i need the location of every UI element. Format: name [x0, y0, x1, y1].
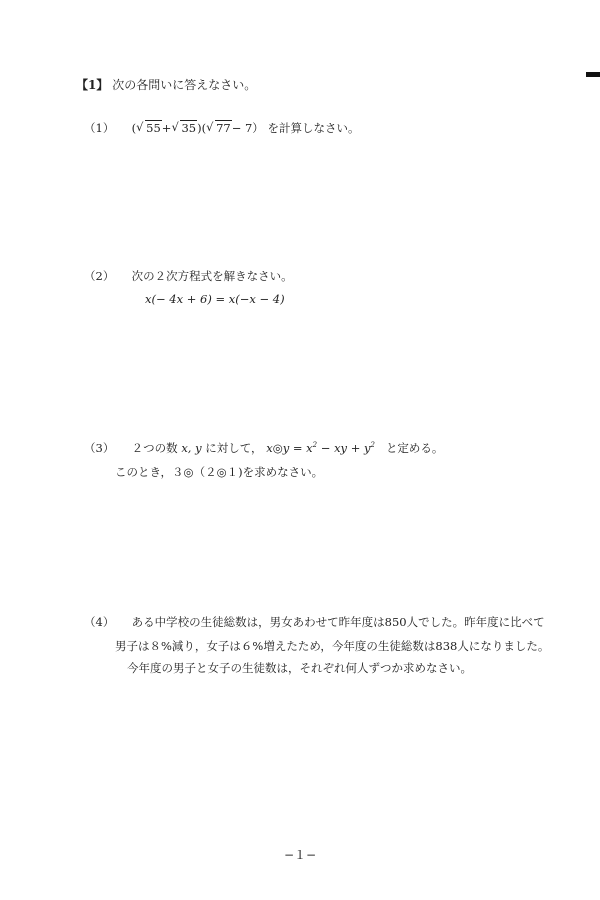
- question-1-text: を計算しなさい。: [267, 121, 359, 135]
- page-number: −１−: [0, 846, 600, 863]
- question-2-label: （2）: [84, 268, 128, 284]
- question-2-equation: x(− 4x + 6) = x(−x − 4): [145, 292, 285, 306]
- section-instruction: 次の各問いに答えなさい。: [112, 78, 256, 92]
- question-3: （3） ２つの数 x, y に対して， x◎y = x2 − xy + y2 と…: [84, 440, 443, 456]
- question-3-text-after: と定める。: [386, 441, 444, 455]
- sqrt-symbol: 77: [206, 121, 232, 135]
- question-3-label: （3）: [84, 440, 128, 456]
- question-4-line-1: ある中学校の生徒総数は，男女あわせて昨年度は850人でした。昨年度に比べて: [132, 615, 545, 629]
- question-3-line-2: このとき，３◎（２◎１)を求めなさい。: [115, 464, 323, 480]
- question-1-label: （1）: [84, 120, 128, 136]
- question-3-vars: x, y: [181, 441, 201, 455]
- question-3-text-mid: に対して，: [205, 441, 262, 455]
- question-3-text-before: ２つの数: [132, 441, 178, 455]
- question-3-definition: x◎y = x2 − xy + y2: [266, 441, 375, 455]
- section-heading: 【1】 次の各問いに答えなさい。: [76, 76, 256, 93]
- question-1-expression: (55+35)(77− 7）: [132, 121, 268, 135]
- sqrt-symbol: 55: [136, 121, 162, 135]
- sqrt-symbol: 35: [171, 121, 197, 135]
- question-4: （4） ある中学校の生徒総数は，男女あわせて昨年度は850人でした。昨年度に比べ…: [84, 614, 545, 630]
- question-1: （1） (55+35)(77− 7） を計算しなさい。: [84, 120, 359, 136]
- question-2: （2） 次の２次方程式を解きなさい。: [84, 268, 293, 284]
- question-2-text: 次の２次方程式を解きなさい。: [132, 269, 293, 283]
- registration-mark: [586, 72, 600, 77]
- question-4-line-2: 男子は８%減り，女子は６%増えたため，今年度の生徒総数は838人になりました。: [115, 638, 549, 654]
- question-4-line-3: 今年度の男子と女子の生徒数は，それぞれ何人ずつか求めなさい。: [127, 660, 472, 676]
- section-bracket-open: 【: [76, 78, 88, 92]
- question-4-label: （4）: [84, 614, 128, 630]
- section-bracket-close: 】: [96, 78, 108, 92]
